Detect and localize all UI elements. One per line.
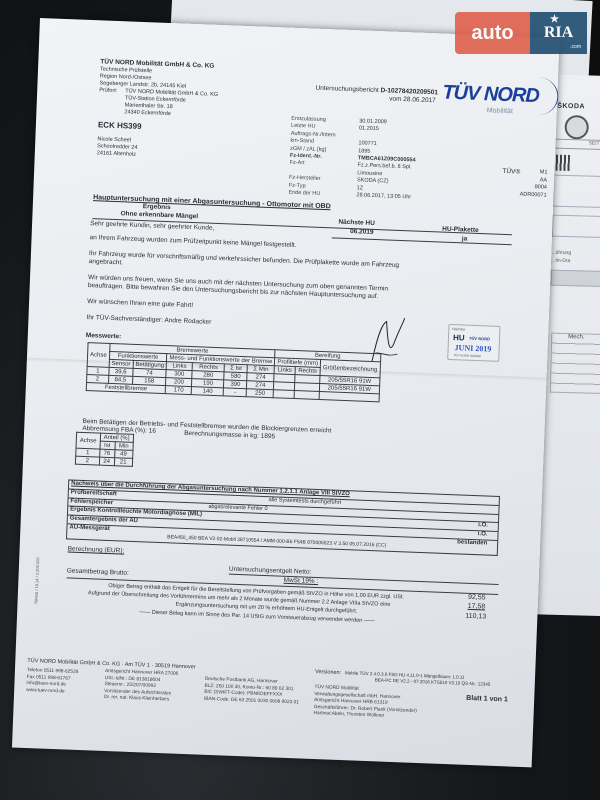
skoda-logo-icon bbox=[564, 115, 589, 140]
vehicle-details: Erstzulassung30.01.2009Letzte HU01.2015A… bbox=[288, 116, 549, 207]
letter-signoff: Ihr TÜV-Sachverständiger: Andre Rodacker bbox=[86, 314, 211, 327]
license-plate: ECK HS399 bbox=[98, 120, 142, 131]
au-right: bestanden bbox=[457, 539, 487, 548]
skoda-text: ...tin-Dra bbox=[551, 258, 570, 264]
sticker-hu: HU bbox=[453, 333, 465, 342]
blatt: Blatt 1 von 1 bbox=[466, 695, 508, 704]
report-title: Untersuchungsbericht D-10278420209501 bbox=[315, 85, 438, 98]
au-label: Fehlerspeicher bbox=[70, 498, 113, 507]
skoda-brand: ŠKODA bbox=[557, 103, 585, 111]
letter-paragraph: Wir wünschen Ihnen eine gute Fahrt! bbox=[87, 298, 193, 310]
recipient-city: 24161 Altenholz bbox=[97, 150, 136, 158]
au-right: i.O. bbox=[478, 523, 488, 531]
pruefort-label: Prüfort: bbox=[99, 87, 117, 95]
cell bbox=[274, 390, 295, 399]
brutto-label: Gesamtbetrag Brutto: bbox=[67, 567, 129, 577]
watermark-auto: auto bbox=[455, 12, 530, 54]
footer-line: TÜV NORD Mobilität bbox=[314, 685, 358, 692]
mech-table: Mech. bbox=[550, 333, 600, 395]
cell bbox=[294, 391, 320, 400]
letter-paragraph: angebracht. bbox=[89, 258, 124, 267]
au-mid: BEA450_450 BEA V2.02-Mobil 38710554 / AM… bbox=[167, 534, 386, 550]
footer-line: Hartmut Abeln, Thorsten Wölkner bbox=[313, 711, 384, 719]
footer-line: www.tuev-nord.de bbox=[26, 687, 65, 693]
brutto-value: 110,13 bbox=[465, 612, 486, 622]
messwerte-title: Messwerte: bbox=[86, 332, 122, 341]
cell bbox=[319, 392, 379, 402]
header-achse: Achse bbox=[87, 343, 110, 368]
watermark-ria: ★ RIA .com bbox=[530, 12, 587, 54]
cell: Feststellbremse bbox=[86, 383, 166, 394]
header-achse: Achse bbox=[76, 432, 100, 449]
auto-ria-watermark: auto ★ RIA .com bbox=[455, 12, 587, 54]
skoda-seite: SEITE 1/1 bbox=[554, 139, 600, 151]
star-icon: ★ bbox=[550, 14, 559, 25]
mwst-label: MwSt 19% : bbox=[283, 577, 318, 586]
divider bbox=[332, 237, 512, 245]
footer-line: IBAN-Code: DE 63 2501 0030 0608 9023 01 bbox=[204, 696, 299, 705]
naechste-hu-value: 06.2019 bbox=[350, 228, 374, 237]
vehicle-value bbox=[506, 198, 546, 207]
report-title-text: Untersuchungsbericht bbox=[315, 85, 378, 94]
berechnung-title: Berechnung (EUR): bbox=[67, 545, 124, 555]
sticker-date: JUNI 2019 bbox=[454, 343, 491, 353]
cell: 250 bbox=[246, 389, 274, 398]
letter-paragraph: Ihr Fahrzeug wurde für vorschriftsmäßig … bbox=[89, 250, 399, 270]
sticker-small: Nächste bbox=[452, 327, 465, 331]
pruefort-line: 24340 Eckernförde bbox=[124, 109, 171, 118]
divider bbox=[229, 574, 499, 585]
messwerte-table: Achse Bremswerte Bereifung Funktionswert… bbox=[86, 342, 381, 402]
inspection-report-document: TÜV NORD Mobilität GmbH & Co. KG Technis… bbox=[12, 18, 560, 767]
cell: 170 bbox=[166, 386, 192, 395]
watermark-com: .com bbox=[570, 44, 581, 50]
watermark-ria-text: RIA bbox=[544, 24, 573, 42]
side-code: TM416 / 19.14 / 2.000.000 bbox=[33, 557, 40, 604]
vehicle-label: Ende der HU bbox=[288, 190, 356, 200]
letter-paragraph: an Ihrem Fahrzeug wurden zum Prüfzeitpun… bbox=[89, 234, 296, 250]
form-box bbox=[551, 270, 600, 288]
anteil-table: Achse Anteil (%) Ist Min 1 76 49 2 24 21 bbox=[75, 432, 134, 467]
barcode-icon bbox=[556, 155, 570, 171]
form-box bbox=[552, 215, 600, 239]
footer-line: Fax 0511 998-61767 bbox=[27, 674, 71, 681]
hu-sticker: Nächste HU TÜV NORD JUNI 2019 TÜV NORD M… bbox=[447, 324, 500, 362]
versionen-line: BEA-PC DE V2.2 - 07.2016 KTS510 V3.10 QS… bbox=[375, 677, 491, 686]
au-right: i.O. bbox=[478, 531, 488, 539]
table-row: 2 24 21 bbox=[75, 456, 132, 466]
cell: 24 bbox=[99, 457, 114, 466]
cell: - bbox=[224, 388, 247, 397]
au-section: Nachweis über die Durchführung der Abgas… bbox=[66, 479, 500, 556]
form-box bbox=[553, 175, 600, 209]
cell: 2 bbox=[75, 456, 99, 465]
sticker-brand: TÜV NORD bbox=[469, 336, 490, 342]
cell: 140 bbox=[191, 387, 223, 396]
footer-line: info@tuev-nord.de bbox=[26, 681, 66, 688]
naechste-hu-label: Nächste HU bbox=[338, 219, 375, 228]
logo-arc-icon bbox=[517, 76, 559, 116]
mwst-value: 17,58 bbox=[468, 602, 486, 612]
mech-label: Mech. bbox=[568, 334, 584, 340]
report-date: vom 28.06.2017 bbox=[389, 95, 436, 105]
tuv-nord-sub: Mobilität bbox=[487, 107, 513, 115]
cell: 21 bbox=[114, 458, 132, 467]
tuv-mark: TÜV® bbox=[502, 168, 520, 177]
sticker-foot: TÜV NORD Mobilität bbox=[453, 353, 481, 358]
skoda-text: ...ührung bbox=[551, 250, 571, 257]
versionen-label: Versionen: bbox=[315, 669, 341, 677]
plakette-label: HU-Plakette bbox=[442, 226, 479, 235]
footer-line: Dr. rer. nat. Klaus Kleinherbers bbox=[104, 695, 169, 703]
au-label: AU-Messgerät bbox=[69, 524, 110, 533]
